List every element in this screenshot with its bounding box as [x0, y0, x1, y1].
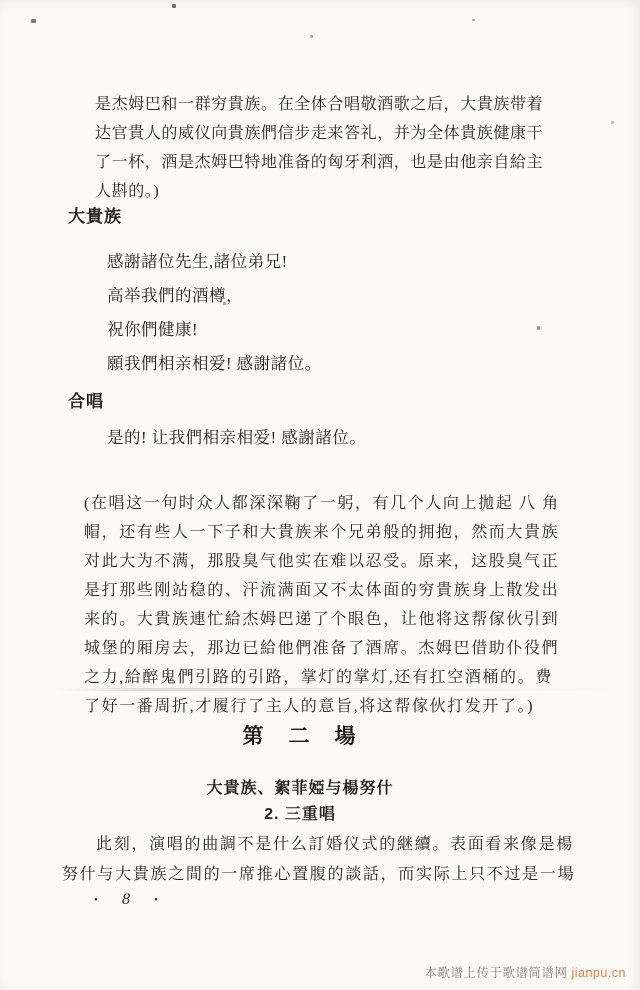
scene-characters-subtitle: 大貴族、絮菲婭与楊努什: [0, 775, 600, 798]
page-number-value: 8: [122, 891, 130, 909]
stage-direction-top: 是杰姆巴和一群穷貴族。在全体合唱敬酒歌之后，大貴族带着 达官貴人的威仪向貴族們信…: [95, 90, 565, 206]
scan-speck: [537, 326, 540, 330]
speaker-heading-grand-noble: 大貴族: [68, 202, 122, 227]
scanned-script-page: { "content": { "stage_direction_top": "是…: [0, 0, 640, 990]
stage-direction-main: (在唱这一句时众人都深深鞠了一躬，有几个人向上拋起 八 角 帽，还有些人一下子和…: [84, 489, 576, 721]
speaker-heading-chorus: 合唱: [68, 387, 104, 412]
scene-heading: 第 二 場: [0, 720, 600, 750]
scan-speck: [472, 19, 475, 21]
watermark-text: 本歌谱上传于歌谱简谱网: [424, 966, 567, 980]
page-number-dot-left: •: [94, 893, 98, 908]
verse-chorus: 是的! 让我們相亲相爱! 感謝諸位。: [107, 421, 366, 455]
piece-number-heading: 2. 三重唱: [0, 801, 600, 824]
scan-speck: [172, 4, 176, 8]
watermark: 本歌谱上传于歌谱简谱网 jianpu.cn: [424, 963, 626, 981]
scan-speck: [31, 19, 36, 23]
watermark-site-name: jianpu.cn: [571, 966, 626, 980]
commentary-paragraph: 此刻，演唱的曲調不是什么訂婚仪式的継續。表面看来像是楊 努什与大貴族之間的一席推…: [62, 830, 582, 890]
scan-speck: [611, 121, 614, 124]
page-number: • 8 •: [94, 891, 158, 909]
page-number-dot-right: •: [154, 893, 158, 908]
verse-grand-noble: 感謝諸位先生,諸位弟兄! 高举我們的酒樽， 祝你們健康! 願我們相亲相爱! 感謝…: [107, 245, 322, 381]
scan-speck: [310, 35, 313, 38]
